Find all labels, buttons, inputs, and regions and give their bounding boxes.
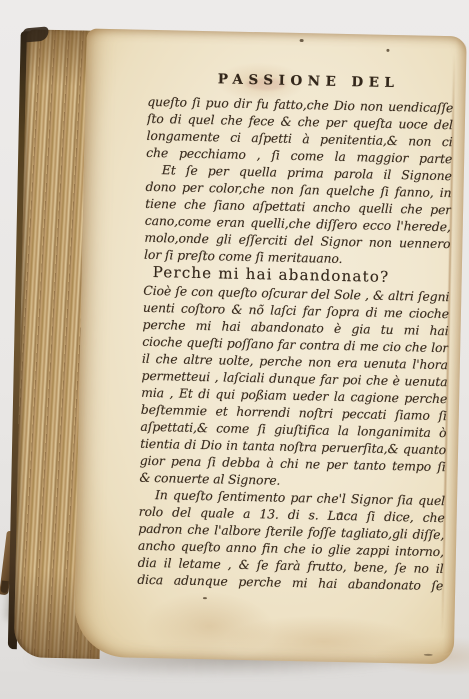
paragraph-2: Cioè ſe con queſto oſcurar del Sole , & …: [139, 282, 449, 492]
foxing-speck: [300, 39, 304, 42]
running-header: PASSIONE DEL: [218, 71, 454, 94]
printed-text: PASSIONE DEL queſto ſi puo dir fu fatto,…: [137, 70, 454, 594]
foxing-speck: [424, 654, 433, 656]
foxing-speck: [386, 49, 389, 52]
paragraph-3: In queſto ſentimento par che'l Signor ſi…: [137, 486, 445, 594]
stain: [224, 614, 425, 670]
foxing-speck: [203, 597, 207, 599]
open-book: PASSIONE DEL queſto ſi puo dir fu fatto,…: [8, 27, 467, 672]
stain: [144, 590, 275, 663]
paragraph-1: queſto ſi puo dir fu fatto,che Dio non u…: [144, 93, 453, 269]
book-photo-scene: PASSIONE DEL queſto ſi puo dir fu fatto,…: [0, 0, 469, 699]
